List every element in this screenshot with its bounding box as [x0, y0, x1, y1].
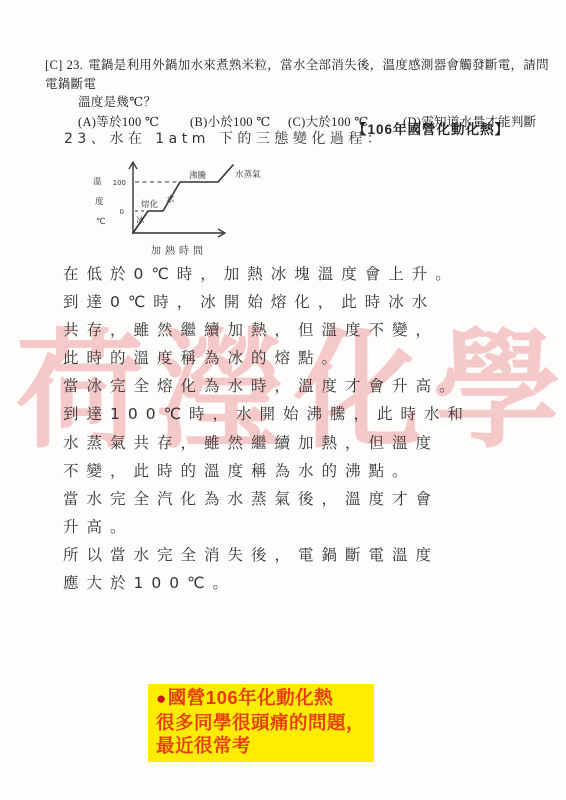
handwritten-line: 當水完全汽化為水蒸氣後，溫度才會 [63, 485, 503, 513]
handwritten-line: 當冰完全熔化為水時，溫度才會升高。 [63, 372, 503, 400]
handwritten-line: 到達0℃時，冰開始熔化，此時冰水 [63, 288, 503, 316]
handwritten-heading: 23、水在 1atm 下的三態變化過程： [64, 128, 385, 148]
handwritten-line: 不變，此時的溫度稱為水的沸點。 [63, 457, 503, 485]
handwritten-line: 升高。 [63, 513, 503, 541]
x-axis-label: 加熱時間 [151, 244, 207, 257]
question-line-1: [C]23.電鍋是利用外鍋加水來煮熟米粒，當水全部消失後，溫度感測器會觸發斷電，… [45, 56, 553, 93]
handwritten-line: 水蒸氣共存，雖然繼續加熱，但溫度 [63, 429, 503, 457]
scanned-exam-page: 荷 瀅 化 學 [C]23.電鍋是利用外鍋加水來煮熟米粒，當水全部消失後，溫度感… [0, 0, 566, 800]
phase-label-ice: 冰 [136, 215, 145, 226]
handwritten-line: 此時的溫度稱為冰的熔點。 [63, 344, 503, 372]
answer-tag: [C] [45, 58, 63, 72]
phase-label-melting: 熔化 [141, 199, 159, 210]
question-line-2: 溫度是幾℃？ [45, 93, 553, 112]
note-line: ●國營106年化動化熱 [156, 686, 366, 711]
y-axis-label: 度 [95, 196, 104, 207]
y-axis-label: ℃ [96, 217, 106, 227]
handwritten-line: 共存，雖然繼續加熱，但溫度不變， [63, 316, 503, 344]
note-line: 很多同學很頭痛的問題， [156, 711, 366, 735]
highlight-note: ●國營106年化動化熱 很多同學很頭痛的問題， 最近很常考 [148, 684, 374, 762]
phase-label-boiling: 沸騰 [189, 170, 207, 181]
ytick-100: 100 [113, 179, 126, 187]
phase-label-water: 水 [166, 194, 175, 205]
ytick-0: 0 [120, 208, 124, 216]
handwritten-line: 應大於100℃。 [63, 569, 503, 597]
note-line: 最近很常考 [156, 734, 366, 758]
handwritten-line: 所以當水完全消失後，電鍋斷電溫度 [63, 541, 503, 569]
heating-curve-graph: 100 0 溫 度 ℃ 冰 熔化 水 沸騰 水蒸氣 加熱時間 [85, 156, 290, 264]
handwritten-line: 在低於0℃時，加熱冰塊溫度會上升。 [63, 260, 503, 288]
handwritten-line: 到達100℃時，水開始沸騰，此時水和 [63, 400, 503, 428]
question-number: 23. [67, 58, 84, 72]
y-axis-label: 溫 [93, 177, 102, 187]
phase-label-steam: 水蒸氣 [235, 169, 261, 180]
bullet-icon: ● [156, 689, 167, 708]
handwritten-answer: 在低於0℃時，加熱冰塊溫度會上升。 到達0℃時，冰開始熔化，此時冰水 共存，雖然… [63, 260, 503, 597]
question-text: 電鍋是利用外鍋加水來煮熟米粒，當水全部消失後，溫度感測器會觸發斷電，請問電鍋斷電 [45, 58, 549, 91]
note-text: 國營106年化動化熱 [168, 687, 333, 708]
heating-curve [133, 165, 233, 233]
